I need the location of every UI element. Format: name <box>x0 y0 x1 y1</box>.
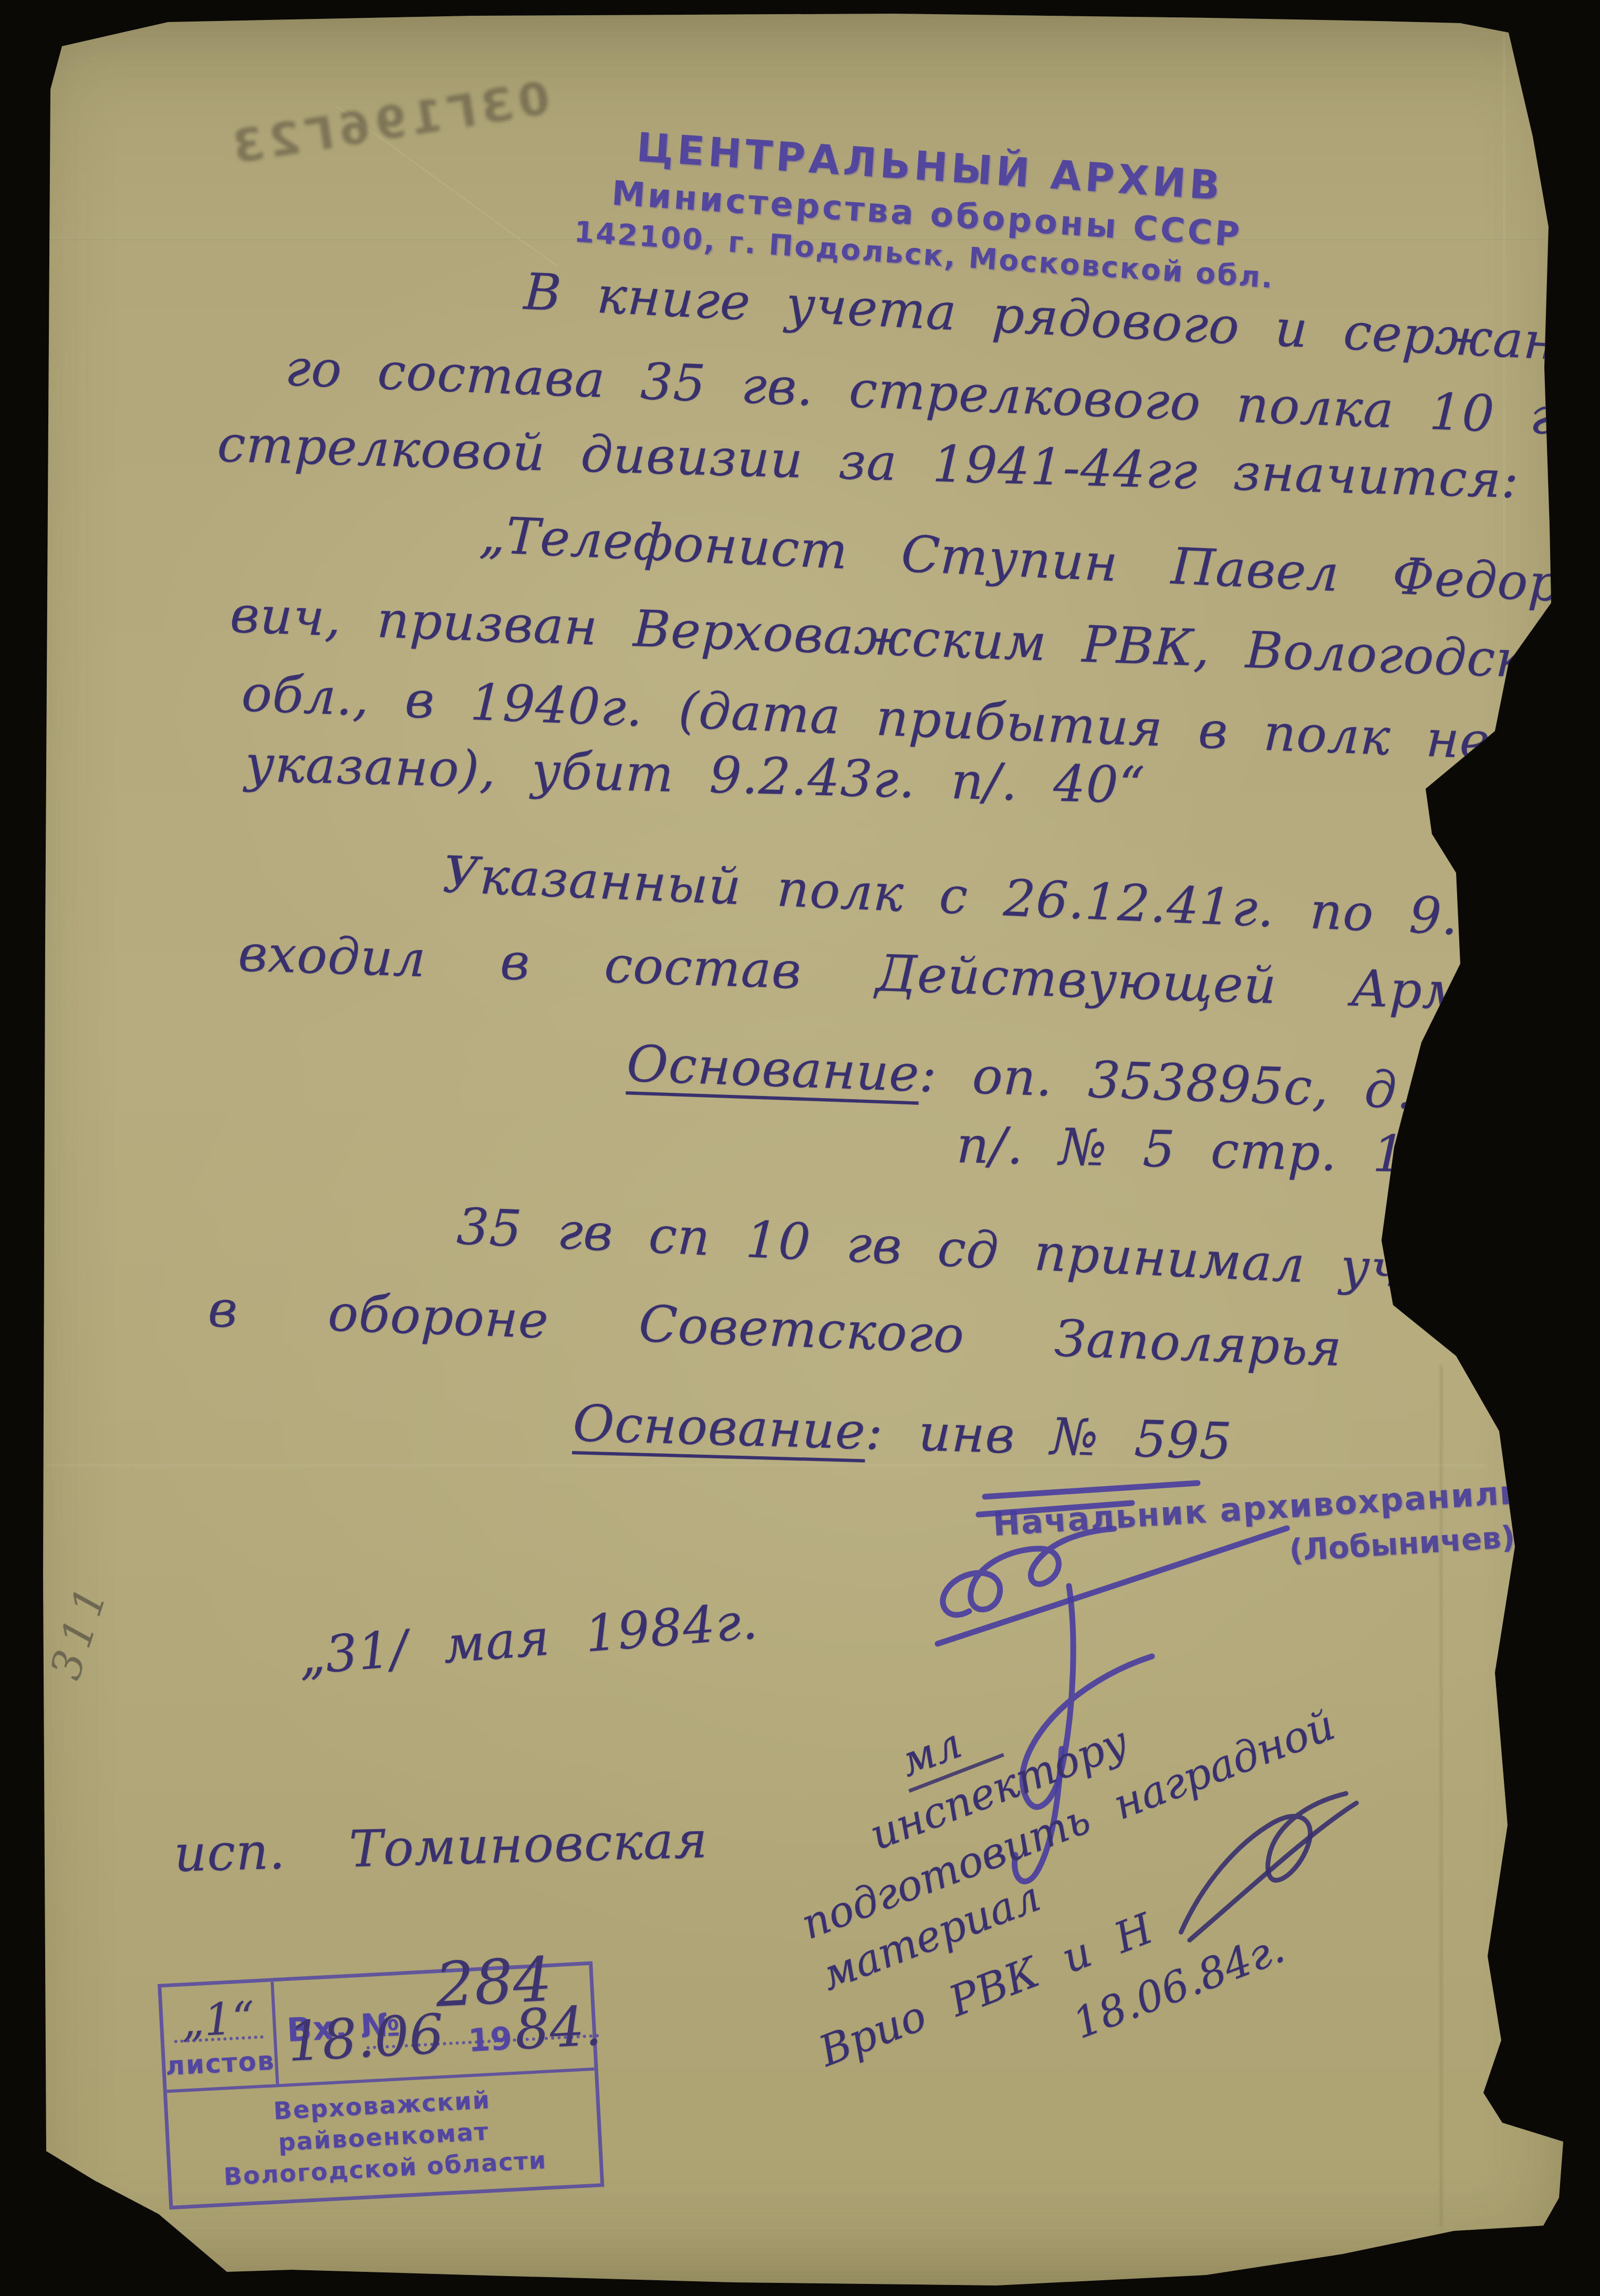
incoming-number-cell: Вх. № 284 18.06 19 84. <box>274 1965 609 2084</box>
scan-background: 0ЗГ196Г23 ЦЕНТРАЛЬНЫЙ АРХИВ Министерства… <box>0 0 1600 2296</box>
basis-reference-line: Основание: инв № 595 <box>572 1397 1233 1468</box>
basis-label: Основание <box>572 1394 866 1461</box>
margin-page-number: 311 <box>41 1576 118 1685</box>
ghost-offset-stamp: 0ЗГ196Г23 <box>224 72 554 175</box>
incoming-number-handwritten: 284 <box>434 1949 553 2016</box>
year-prefix: 19 <box>467 2020 513 2059</box>
handwritten-line: „Телефонист Ступин Павел Федоро- <box>478 508 1600 612</box>
handwritten-line: в обороне Советского Заполярья <box>207 1282 1343 1375</box>
basis-reference-line: Основание: оп. 353895с, д. 2 л. <box>626 1037 1567 1123</box>
handwritten-line: Указанный полк с 26.12.41г. по 9.11.44 <box>442 848 1600 949</box>
sheets-label: листов <box>165 2045 276 2081</box>
basis-label: Основание <box>626 1034 920 1103</box>
basis-value: : оп. 353895с, д. 2 л. <box>918 1044 1567 1125</box>
incoming-date-handwritten: 18.06 <box>286 2007 445 2069</box>
handwritten-line: п/. № 5 стр. 168 <box>956 1119 1471 1182</box>
horizontal-fold-crease <box>47 1464 1487 1466</box>
military-commissariat-name: Верховажский райвоенкомат Вологодской об… <box>167 2068 600 2206</box>
executor-line: исп. Томиновская <box>173 1813 709 1880</box>
incoming-registration-stamp: „1“ листов Вх. № 284 18.06 19 84. <box>158 1961 604 2210</box>
document-date: „31/ мая 1984г. <box>297 1594 760 1683</box>
sheets-cell: „1“ листов <box>161 1981 279 2090</box>
archive-header-stamp: ЦЕНТРАЛЬНЫЙ АРХИВ Министерства обороны С… <box>572 120 1283 295</box>
handwritten-line: 35 гв сп 10 гв сд принимал уча- <box>455 1200 1451 1298</box>
document-paper: 0ЗГ196Г23 ЦЕНТРАЛЬНЫЙ АРХИВ Министерства… <box>0 0 1600 2296</box>
basis-value: : инв № 595 <box>865 1402 1233 1471</box>
